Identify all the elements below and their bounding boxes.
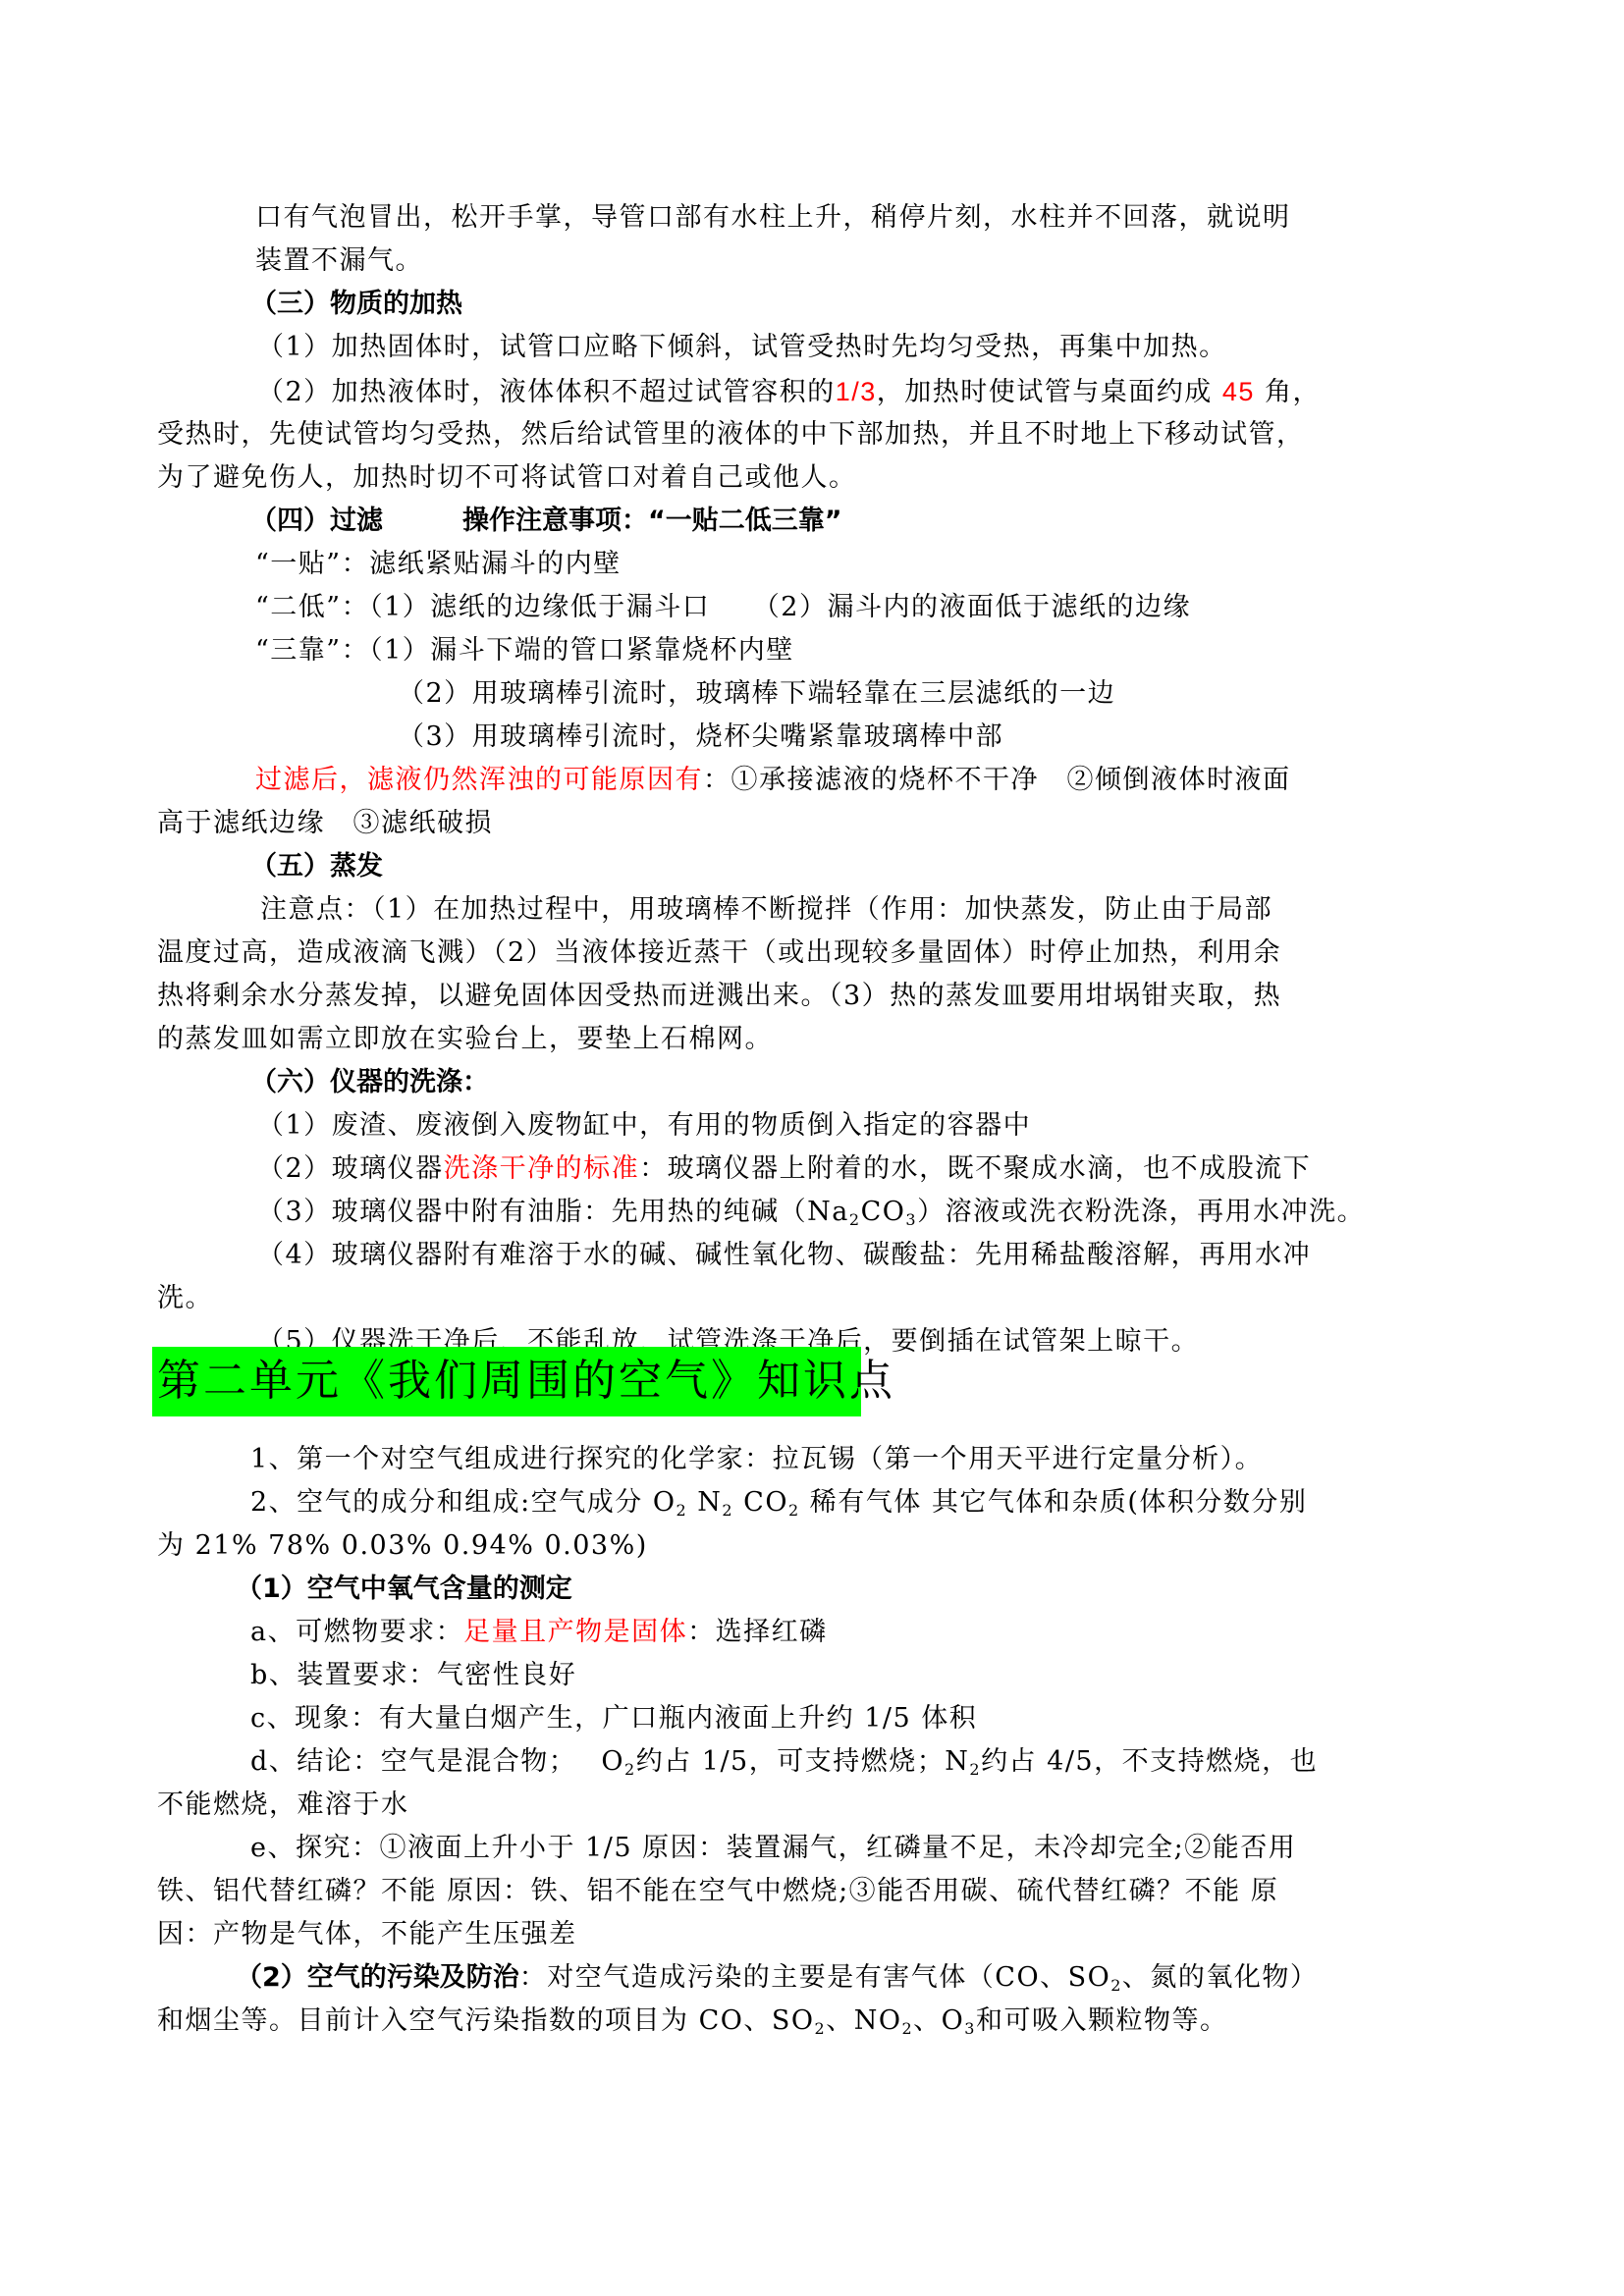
text-segment: （3）玻璃仪器中附有油脂：先用热的纯碱（Na <box>257 1197 849 1227</box>
text-line: （2）加热液体时，液体体积不超过试管容积的1/3，加热时使试管与桌面约成 45 … <box>257 370 1573 414</box>
text-segment: （2）玻璃仪器 <box>257 1153 444 1184</box>
text-segment: 为了避免伤人，加热时切不可将试管口对着自己或他人。 <box>157 462 857 493</box>
text-line: 和烟尘等。目前计入空气污染指数的项目为 CO、SO2、NO2、O3和可吸入颗粒物… <box>157 2000 1473 2043</box>
text-line: d、结论：空气是混合物； O2约占 1/5，可支持燃烧；N2约占 4/5，不支持… <box>250 1740 1566 1784</box>
text-line: 过滤后，滤液仍然浑浊的可能原因有：①承接滤液的烧杯不干净 ②倾倒液体时液面 <box>255 759 1571 802</box>
text-segment: 注意点：（1）在加热过程中，用玻璃棒不断搅拌（作用：加快蒸发，防止由于局部 <box>260 894 1272 925</box>
highlighted-text: 洗涤干净的标准 <box>444 1153 640 1184</box>
text-segment: 受热时，先使试管均匀受热，然后给试管里的液体的中下部加热，并且不时地上下移动试管… <box>157 419 1305 450</box>
text-segment: 洗。 <box>157 1283 213 1313</box>
text-line: 洗。 <box>157 1277 1473 1320</box>
text-segment: 装置不漏气。 <box>255 245 423 276</box>
text-line: 1、第一个对空气组成进行探究的化学家：拉瓦锡（第一个用天平进行定量分析）。 <box>250 1438 1566 1481</box>
text-line: （3）玻璃仪器中附有油脂：先用热的纯碱（Na2CO3）溶液或洗衣粉洗涤，再用水冲… <box>257 1191 1573 1234</box>
highlighted-text: 足量且产物是固体 <box>463 1617 687 1647</box>
text-line: 的蒸发皿如需立即放在实验台上，要垫上石棉网。 <box>157 1018 1473 1061</box>
text-segment: 1、第一个对空气组成进行探究的化学家：拉瓦锡（第一个用天平进行定量分析）。 <box>250 1444 1263 1474</box>
unit-title: 第二单元《我们周围的空气》知识点 <box>157 1352 895 1411</box>
section-heading: （六）仪器的洗涤： <box>250 1067 489 1097</box>
text-line: “一贴”：滤纸紧贴漏斗的内壁 <box>255 543 1571 586</box>
text-segment: 热将剩余水分蒸发掉，以避免固体因受热而迸溅出来。（3）热的蒸发皿要用坩埚钳夹取，… <box>157 981 1281 1011</box>
text-segment: （1）废渣、废液倒入废物缸中，有用的物质倒入指定的容器中 <box>257 1110 1031 1141</box>
text-segment: 高于滤纸边缘 ③滤纸破损 <box>157 808 493 838</box>
text-line: （五）蒸发 <box>250 845 1566 888</box>
text-line: 口有气泡冒出，松开手掌，导管口部有水柱上升，稍停片刻，水柱并不回落，就说明 <box>255 196 1571 240</box>
section-heading: （三）物质的加热 <box>250 289 462 319</box>
text-segment: 、NO <box>826 2005 901 2036</box>
text-line: （4）玻璃仪器附有难溶于水的碱、碱性氧化物、碳酸盐：先用稀盐酸溶解，再用水冲 <box>257 1234 1573 1277</box>
text-segment: 2 <box>901 2019 913 2038</box>
text-segment: 口有气泡冒出，松开手掌，导管口部有水柱上升，稍停片刻，水柱并不回落，就说明 <box>255 202 1291 233</box>
text-line: 温度过高，造成液滴飞溅）（2）当液体接近蒸干（或出现较多量固体）时停止加热，利用… <box>157 932 1473 975</box>
text-segment: 和可吸入颗粒物等。 <box>976 2005 1228 2036</box>
text-segment: 2 <box>1110 1976 1122 1995</box>
text-segment: 2 <box>722 1501 733 1520</box>
text-segment: CO <box>861 1197 906 1227</box>
text-line: a、可燃物要求：足量且产物是固体：选择红磷 <box>250 1611 1566 1654</box>
text-segment: 不能燃烧，难溶于水 <box>157 1789 409 1820</box>
text-segment: 温度过高，造成液滴飞溅）（2）当液体接近蒸干（或出现较多量固体）时停止加热，利用… <box>157 937 1281 968</box>
text-line: 装置不漏气。 <box>255 240 1571 283</box>
text-line: （1）空气中氧气含量的测定 <box>236 1568 1551 1611</box>
text-segment: 3 <box>905 1210 917 1229</box>
text-line: （2）玻璃仪器洗涤干净的标准：玻璃仪器上附着的水，既不聚成水滴，也不成股流下 <box>257 1148 1573 1191</box>
text-segment: a、可燃物要求： <box>250 1617 463 1647</box>
text-segment: 为 21% 78% 0.03% 0.94% 0.03%) <box>157 1530 648 1561</box>
text-segment: 3 <box>964 2019 976 2038</box>
section-heading: （四）过滤 操作注意事项：“一贴二低三靠” <box>250 506 842 536</box>
text-segment: 约占 4/5，不支持燃烧，也 <box>981 1746 1318 1777</box>
text-line: “二低”：（1）滤纸的边缘低于漏斗口 （2）漏斗内的液面低于滤纸的边缘 <box>255 586 1571 629</box>
text-segment: 的蒸发皿如需立即放在实验台上，要垫上石棉网。 <box>157 1024 773 1054</box>
text-segment: “二低”：（1）滤纸的边缘低于漏斗口 （2）漏斗内的液面低于滤纸的边缘 <box>255 592 1191 622</box>
text-segment: d、结论：空气是混合物； O <box>250 1746 624 1777</box>
text-line: 2、空气的成分和组成:空气成分 O2 N2 CO2 稀有气体 其它气体和杂质(体… <box>250 1481 1566 1524</box>
text-segment: 因：产物是气体，不能产生压强差 <box>157 1919 577 1949</box>
text-segment: 2 <box>788 1501 800 1520</box>
text-segment: 2 <box>849 1210 861 1229</box>
text-segment: （2）加热液体时，液体体积不超过试管容积的 <box>257 377 836 407</box>
text-segment: “三靠”：（1）漏斗下端的管口紧靠烧杯内壁 <box>255 635 794 666</box>
text-segment: e、探究：①液面上升小于 1/5 原因：装置漏气，红磷量不足，未冷却完全;②能否… <box>250 1833 1296 1863</box>
text-line: （四）过滤 操作注意事项：“一贴二低三靠” <box>250 500 1566 543</box>
text-segment: N <box>687 1487 722 1518</box>
text-line: 为了避免伤人，加热时切不可将试管口对着自己或他人。 <box>157 456 1473 500</box>
text-segment: c、现象：有大量白烟产生，广口瓶内液面上升约 1/5 体积 <box>250 1703 977 1734</box>
text-segment: 2 <box>969 1760 981 1779</box>
text-segment: 约占 1/5，可支持燃烧；N <box>636 1746 970 1777</box>
highlighted-text: 过滤后，滤液仍然浑浊的可能原因有 <box>255 765 703 795</box>
section-heading: （2）空气的污染及防治 <box>236 1962 519 1993</box>
text-segment: 和烟尘等。目前计入空气污染指数的项目为 CO、SO <box>157 2005 815 2036</box>
text-line: （1）废渣、废液倒入废物缸中，有用的物质倒入指定的容器中 <box>257 1104 1573 1148</box>
text-line: e、探究：①液面上升小于 1/5 原因：装置漏气，红磷量不足，未冷却完全;②能否… <box>250 1827 1566 1870</box>
text-line: （2）用玻璃棒引流时，玻璃棒下端轻靠在三层滤纸的一边 <box>398 672 1624 716</box>
text-line: 高于滤纸边缘 ③滤纸破损 <box>157 802 1473 845</box>
text-segment: 2 <box>624 1760 636 1779</box>
section-heading: （五）蒸发 <box>250 851 383 881</box>
text-segment: ：对空气造成污染的主要是有害气体（CO、SO <box>519 1962 1110 1993</box>
text-segment: 稀有气体 其它气体和杂质(体积分数分别 <box>800 1487 1308 1518</box>
text-line: 热将剩余水分蒸发掉，以避免固体因受热而迸溅出来。（3）热的蒸发皿要用坩埚钳夹取，… <box>157 975 1473 1018</box>
text-line: 因：产物是气体，不能产生压强差 <box>157 1913 1473 1956</box>
text-segment: 2 <box>677 1501 688 1520</box>
text-segment: ：玻璃仪器上附着的水，既不聚成水滴，也不成股流下 <box>639 1153 1311 1184</box>
text-segment: ）溶液或洗衣粉洗涤，再用水冲洗。 <box>917 1197 1365 1227</box>
text-line: （2）空气的污染及防治：对空气造成污染的主要是有害气体（CO、SO2、氮的氧化物… <box>236 1956 1551 2000</box>
document-page: 口有气泡冒出，松开手掌，导管口部有水柱上升，稍停片刻，水柱并不回落，就说明装置不… <box>0 0 1624 2296</box>
text-segment: 角， <box>1255 377 1321 407</box>
text-line: 受热时，先使试管均匀受热，然后给试管里的液体的中下部加热，并且不时地上下移动试管… <box>157 413 1473 456</box>
text-segment: ：①承接滤液的烧杯不干净 ②倾倒液体时液面 <box>703 765 1291 795</box>
text-line: 不能燃烧，难溶于水 <box>157 1784 1473 1827</box>
text-segment: “一贴”：滤纸紧贴漏斗的内壁 <box>255 549 622 579</box>
text-segment: （2）用玻璃棒引流时，玻璃棒下端轻靠在三层滤纸的一边 <box>398 678 1115 709</box>
highlighted-text: 1/3 <box>836 377 877 406</box>
text-line: （三）物质的加热 <box>250 283 1566 326</box>
highlighted-text: 45 <box>1222 377 1255 406</box>
text-line: b、装置要求：气密性良好 <box>250 1654 1566 1697</box>
text-segment: （1）加热固体时，试管口应略下倾斜，试管受热时先均匀受热，再集中加热。 <box>257 332 1227 362</box>
text-line: （六）仪器的洗涤： <box>250 1061 1566 1104</box>
text-line: 注意点：（1）在加热过程中，用玻璃棒不断搅拌（作用：加快蒸发，防止由于局部 <box>260 888 1576 932</box>
text-line: 为 21% 78% 0.03% 0.94% 0.03%) <box>157 1524 1473 1568</box>
text-line: （3）用玻璃棒引流时，烧杯尖嘴紧靠玻璃棒中部 <box>398 716 1624 759</box>
text-segment: ，加热时使试管与桌面约成 <box>877 377 1222 407</box>
text-segment: 铁、铝代替红磷？不能 原因：铁、铝不能在空气中燃烧;③能否用碳、硫代替红磷？不能… <box>157 1876 1278 1906</box>
text-line: “三靠”：（1）漏斗下端的管口紧靠烧杯内壁 <box>255 629 1571 672</box>
text-line: c、现象：有大量白烟产生，广口瓶内液面上升约 1/5 体积 <box>250 1697 1566 1740</box>
section-heading: （1）空气中氧气含量的测定 <box>236 1574 572 1604</box>
text-segment: 、O <box>913 2005 964 2036</box>
text-segment: （3）用玻璃棒引流时，烧杯尖嘴紧靠玻璃棒中部 <box>398 721 1003 752</box>
text-segment: （4）玻璃仪器附有难溶于水的碱、碱性氧化物、碳酸盐：先用稀盐酸溶解，再用水冲 <box>257 1240 1311 1270</box>
text-segment: ：选择红磷 <box>687 1617 828 1647</box>
text-line: （1）加热固体时，试管口应略下倾斜，试管受热时先均匀受热，再集中加热。 <box>257 326 1573 369</box>
text-segment: CO <box>733 1487 788 1518</box>
text-segment: b、装置要求：气密性良好 <box>250 1660 576 1690</box>
text-segment: 2、空气的成分和组成:空气成分 O <box>250 1487 677 1518</box>
text-segment: 、氮的氧化物） <box>1122 1962 1319 1993</box>
text-line: 铁、铝代替红磷？不能 原因：铁、铝不能在空气中燃烧;③能否用碳、硫代替红磷？不能… <box>157 1870 1473 1913</box>
text-segment: 2 <box>815 2019 827 2038</box>
